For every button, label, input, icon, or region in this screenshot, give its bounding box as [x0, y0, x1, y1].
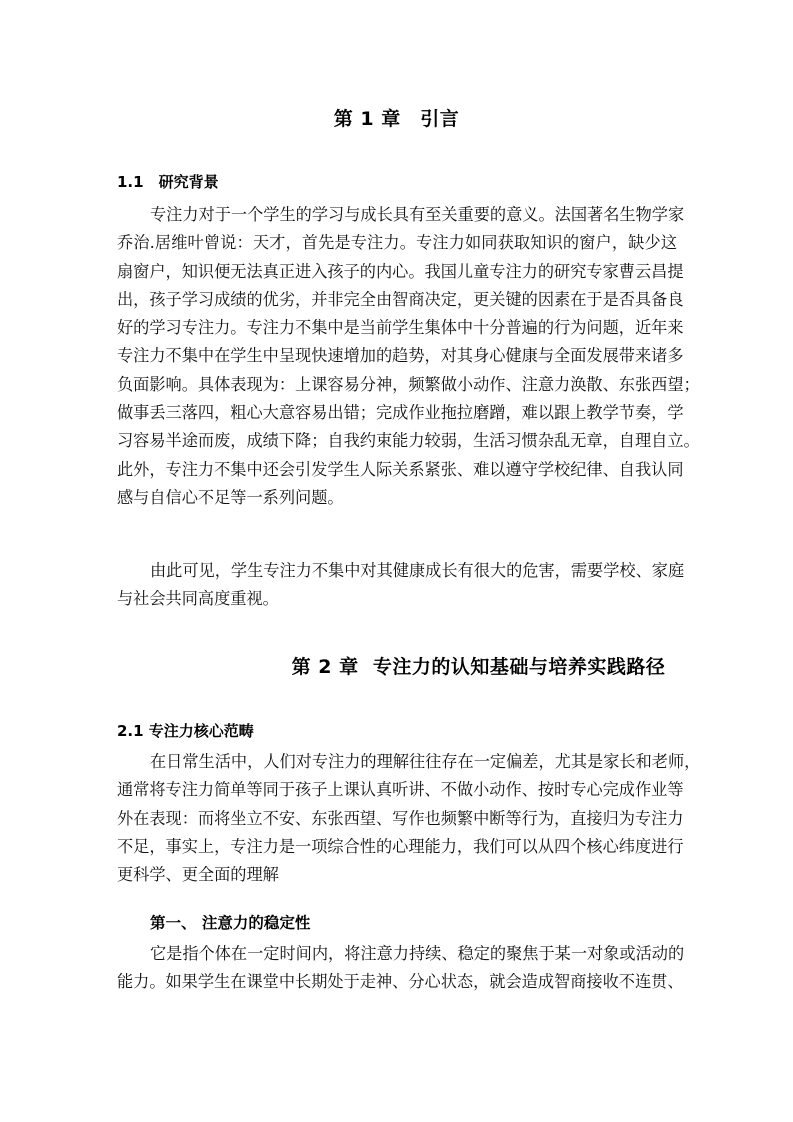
- text-line: 好的学习专注力。专注力不集中是当前学生集体中十分普遍的行为问题，近年来: [117, 314, 677, 342]
- chapter-1-title: 第 1 章 引言: [0, 104, 793, 131]
- text-line: 出，孩子学习成绩的优劣，并非完全由智商决定，更关键的因素在于是否具备良: [117, 286, 677, 314]
- text-line: 更科学、更全面的理解: [117, 861, 677, 889]
- paragraph-conclusion: 由此可见，学生专注力不集中对其健康成长有很大的危害，需要学校、家庭 与社会共同高…: [117, 557, 677, 614]
- text-line: 由此可见，学生专注力不集中对其健康成长有很大的危害，需要学校、家庭: [117, 557, 677, 585]
- text-line: 扇窗户，知识便无法真正进入孩子的内心。我国儿童专注力的研究专家曹云昌提: [117, 258, 677, 286]
- text-line: 与社会共同高度重视。: [117, 585, 677, 613]
- text-line: 不足，事实上，专注力是一项综合性的心理能力，我们可以从四个核心纬度进行: [117, 833, 677, 861]
- section-2-1-title: 2.1 专注力核心范畴: [117, 720, 254, 741]
- paragraph-core-scope: 在日常生活中，人们对专注力的理解往往存在一定偏差，尤其是家长和老师， 通常将专注…: [117, 748, 677, 889]
- text-line: 习容易半途而废，成绩下降；自我约束能力较弱，生活习惯杂乱无章，自理自立。: [117, 427, 677, 455]
- paragraph-attention-stability: 它是指个体在一定时间内，将注意力持续、稳定的聚焦于某一对象或活动的 能力。如果学…: [117, 940, 677, 997]
- subsection-attention-stability-title: 第一、 注意力的稳定性: [150, 911, 310, 933]
- text-line: 乔治.居维叶曾说：天才，首先是专注力。专注力如同获取知识的窗户，缺少这: [117, 229, 677, 257]
- chapter-2-title: 第 2 章 专注力的认知基础与培养实践路径: [82, 652, 793, 679]
- text-line: 此外，专注力不集中还会引发学生人际关系紧张、难以遵守学校纪律、自我认同: [117, 456, 677, 484]
- section-1-1-title: 1.1 研究背景: [117, 171, 219, 192]
- text-line: 感与自信心不足等一系列问题。: [117, 484, 677, 512]
- paragraph-research-background: 专注力对于一个学生的学习与成长具有至关重要的意义。法国著名生物学家 乔治.居维叶…: [117, 201, 677, 512]
- text-line: 做事丢三落四，粗心大意容易出错；完成作业拖拉磨蹭，难以跟上教学节奏，学: [117, 399, 677, 427]
- text-line: 它是指个体在一定时间内，将注意力持续、稳定的聚焦于某一对象或活动的: [117, 940, 677, 968]
- text-line: 通常将专注力简单等同于孩子上课认真听讲、不做小动作、按时专心完成作业等: [117, 776, 677, 804]
- document-page: 第 1 章 引言 1.1 研究背景 专注力对于一个学生的学习与成长具有至关重要的…: [0, 0, 793, 1122]
- text-line: 专注力对于一个学生的学习与成长具有至关重要的意义。法国著名生物学家: [117, 201, 677, 229]
- text-line: 负面影响。具体表现为：上课容易分神，频繁做小动作、注意力涣散、东张西望；: [117, 371, 677, 399]
- text-line: 在日常生活中，人们对专注力的理解往往存在一定偏差，尤其是家长和老师，: [117, 748, 677, 776]
- text-line: 专注力不集中在学生中呈现快速增加的趋势，对其身心健康与全面发展带来诸多: [117, 342, 677, 370]
- text-line: 能力。如果学生在课堂中长期处于走神、分心状态，就会造成智商接收不连贯、: [117, 968, 677, 996]
- text-line: 外在表现：而将坐立不安、东张西望、写作也频繁中断等行为，直接归为专注力: [117, 805, 677, 833]
